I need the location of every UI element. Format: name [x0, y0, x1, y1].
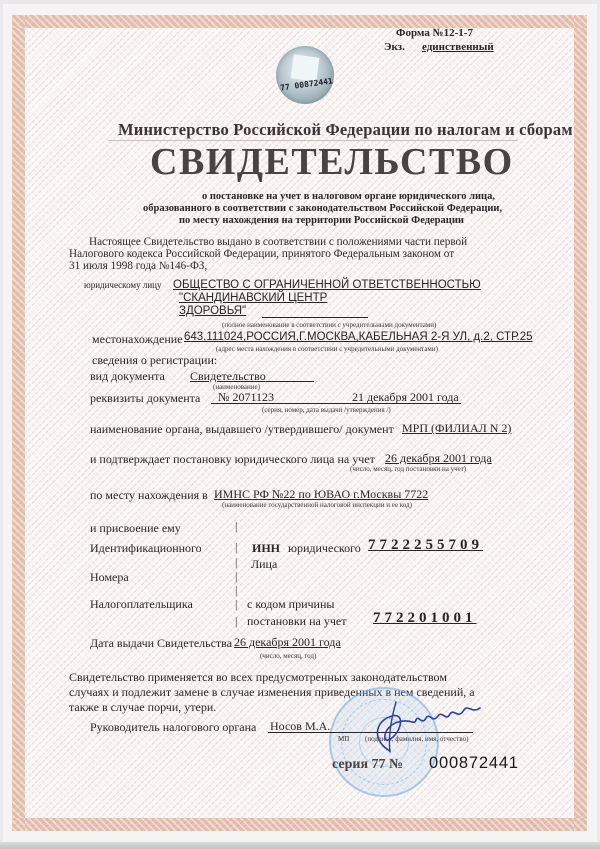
doc-type-label: вид документа [90, 369, 165, 384]
head-name: Носов М.А. [270, 719, 330, 734]
column-divider: | [235, 519, 237, 534]
location-value: 643,111024,РОССИЯ,Г.МОСКВА,КАБЕЛЬНАЯ 2-Я… [184, 331, 533, 343]
serial-number: 000872441 [429, 754, 519, 773]
column-divider: | [235, 540, 237, 555]
intro-line: Налогового кодекса Российской Федерации,… [69, 248, 454, 260]
inn-left-label: Идентификационного [90, 541, 202, 556]
tax-office-value: ИМНС РФ №22 по ЮВАО г.Москвы 7722 [214, 487, 428, 502]
kpp-label: с кодом причины [247, 597, 334, 612]
inn-abbreviation: ИНН [252, 541, 280, 556]
inn-left-label: Номера [90, 570, 129, 585]
issuer-label: наименование органа, выдавшего /утвердив… [90, 422, 394, 437]
kpp-label: постановки на учет [247, 614, 346, 629]
tax-office-caption: (наименование государственной налоговой … [222, 501, 412, 509]
inn-entity-type-2: Лица [251, 557, 277, 572]
column-divider: | [235, 597, 237, 612]
column-divider: | [235, 569, 237, 584]
subtitle-line: образованного в соответствии с законодат… [143, 203, 502, 214]
hologram-emblem [290, 54, 319, 81]
hologram-seal-icon: 77 00872441 [276, 46, 334, 104]
ministry-heading: Министерство Российской Федерации по нал… [118, 120, 573, 140]
form-number: Форма №12-1-7 [396, 27, 473, 39]
signature-icon [352, 696, 492, 756]
subtitle-line: по месту нахождения на территории Россий… [179, 215, 464, 226]
confirmation-date: 26 декабря 2001 года [385, 451, 492, 466]
legal-entity-caption: (полное наименование в соответствии с уч… [222, 321, 436, 329]
legal-entity-name: "СКАНДИНАВСКИЙ ЦЕНТР [179, 292, 327, 304]
location-caption: (адрес места нахождения в соответствии с… [216, 345, 438, 353]
scanner-edge [0, 842, 600, 849]
confirmation-caption: (число, месяц, год постановки на учет) [350, 465, 466, 473]
doc-type-underline [266, 381, 314, 382]
copy-label: Экз. [384, 41, 405, 53]
stamp-place-label: МП [338, 735, 349, 743]
name-underline [262, 317, 368, 318]
tax-office-label: по месту нахождения в [90, 488, 208, 503]
issue-date-label: Дата выдачи Свидетельства [90, 636, 232, 651]
inn-value: 7722255709 [368, 537, 483, 554]
registration-label: сведения о регистрации: [92, 353, 217, 368]
notice-line: также в случае порчи, утери. [69, 700, 216, 715]
legal-entity-name: ЗДОРОВЬЯ" [179, 305, 246, 317]
intro-line: 31 июля 1998 года №146-ФЗ, [69, 260, 207, 272]
doc-type-value: Свидетельство [190, 369, 266, 384]
confirmation-label: и подтверждает постановку юридического л… [90, 452, 375, 467]
inn-entity-type: юридического [288, 541, 361, 556]
issue-date-caption: (число, месяц, год) [260, 652, 316, 660]
column-divider: | [235, 583, 237, 598]
legal-entity-name: ОБЩЕСТВО С ОГРАНИЧЕННОЙ ОТВЕТСТВЕННОСТЬЮ [173, 279, 481, 291]
kpp-value: 772201001 [373, 610, 477, 627]
requisites-label: реквизиты документа [90, 391, 200, 406]
copy-value: единственный [422, 41, 494, 53]
inn-left-label: и присвоение ему [90, 521, 181, 536]
location-label: местонахождение [92, 332, 183, 347]
requisites-caption: (серия, номер, дата выдачи /утверждения … [262, 406, 391, 414]
document-title: СВИДЕТЕЛЬСТВО [150, 140, 514, 184]
issuer-value: МРП (ФИЛИАЛ N 2) [402, 421, 511, 436]
requisites-number: № 2071123 [218, 390, 274, 405]
series-label: серия 77 № [332, 757, 403, 773]
subtitle-line: о постановке на учет в налоговом органе … [202, 191, 495, 202]
issue-date-value: 26 декабря 2001 года [234, 635, 341, 650]
legal-entity-label: юридическому лицу [84, 280, 162, 290]
requisites-date: 21 декабря 2001 года [352, 390, 459, 405]
inn-left-label: Налогоплательщика [90, 597, 193, 612]
intro-line: Настоящее Свидетельство выдано в соответ… [89, 236, 467, 248]
head-label: Руководитель налогового органа [90, 720, 256, 735]
column-divider: | [235, 555, 237, 570]
column-divider: | [235, 614, 237, 629]
notice-line: Свидетельство применяется во всех предус… [69, 670, 447, 685]
